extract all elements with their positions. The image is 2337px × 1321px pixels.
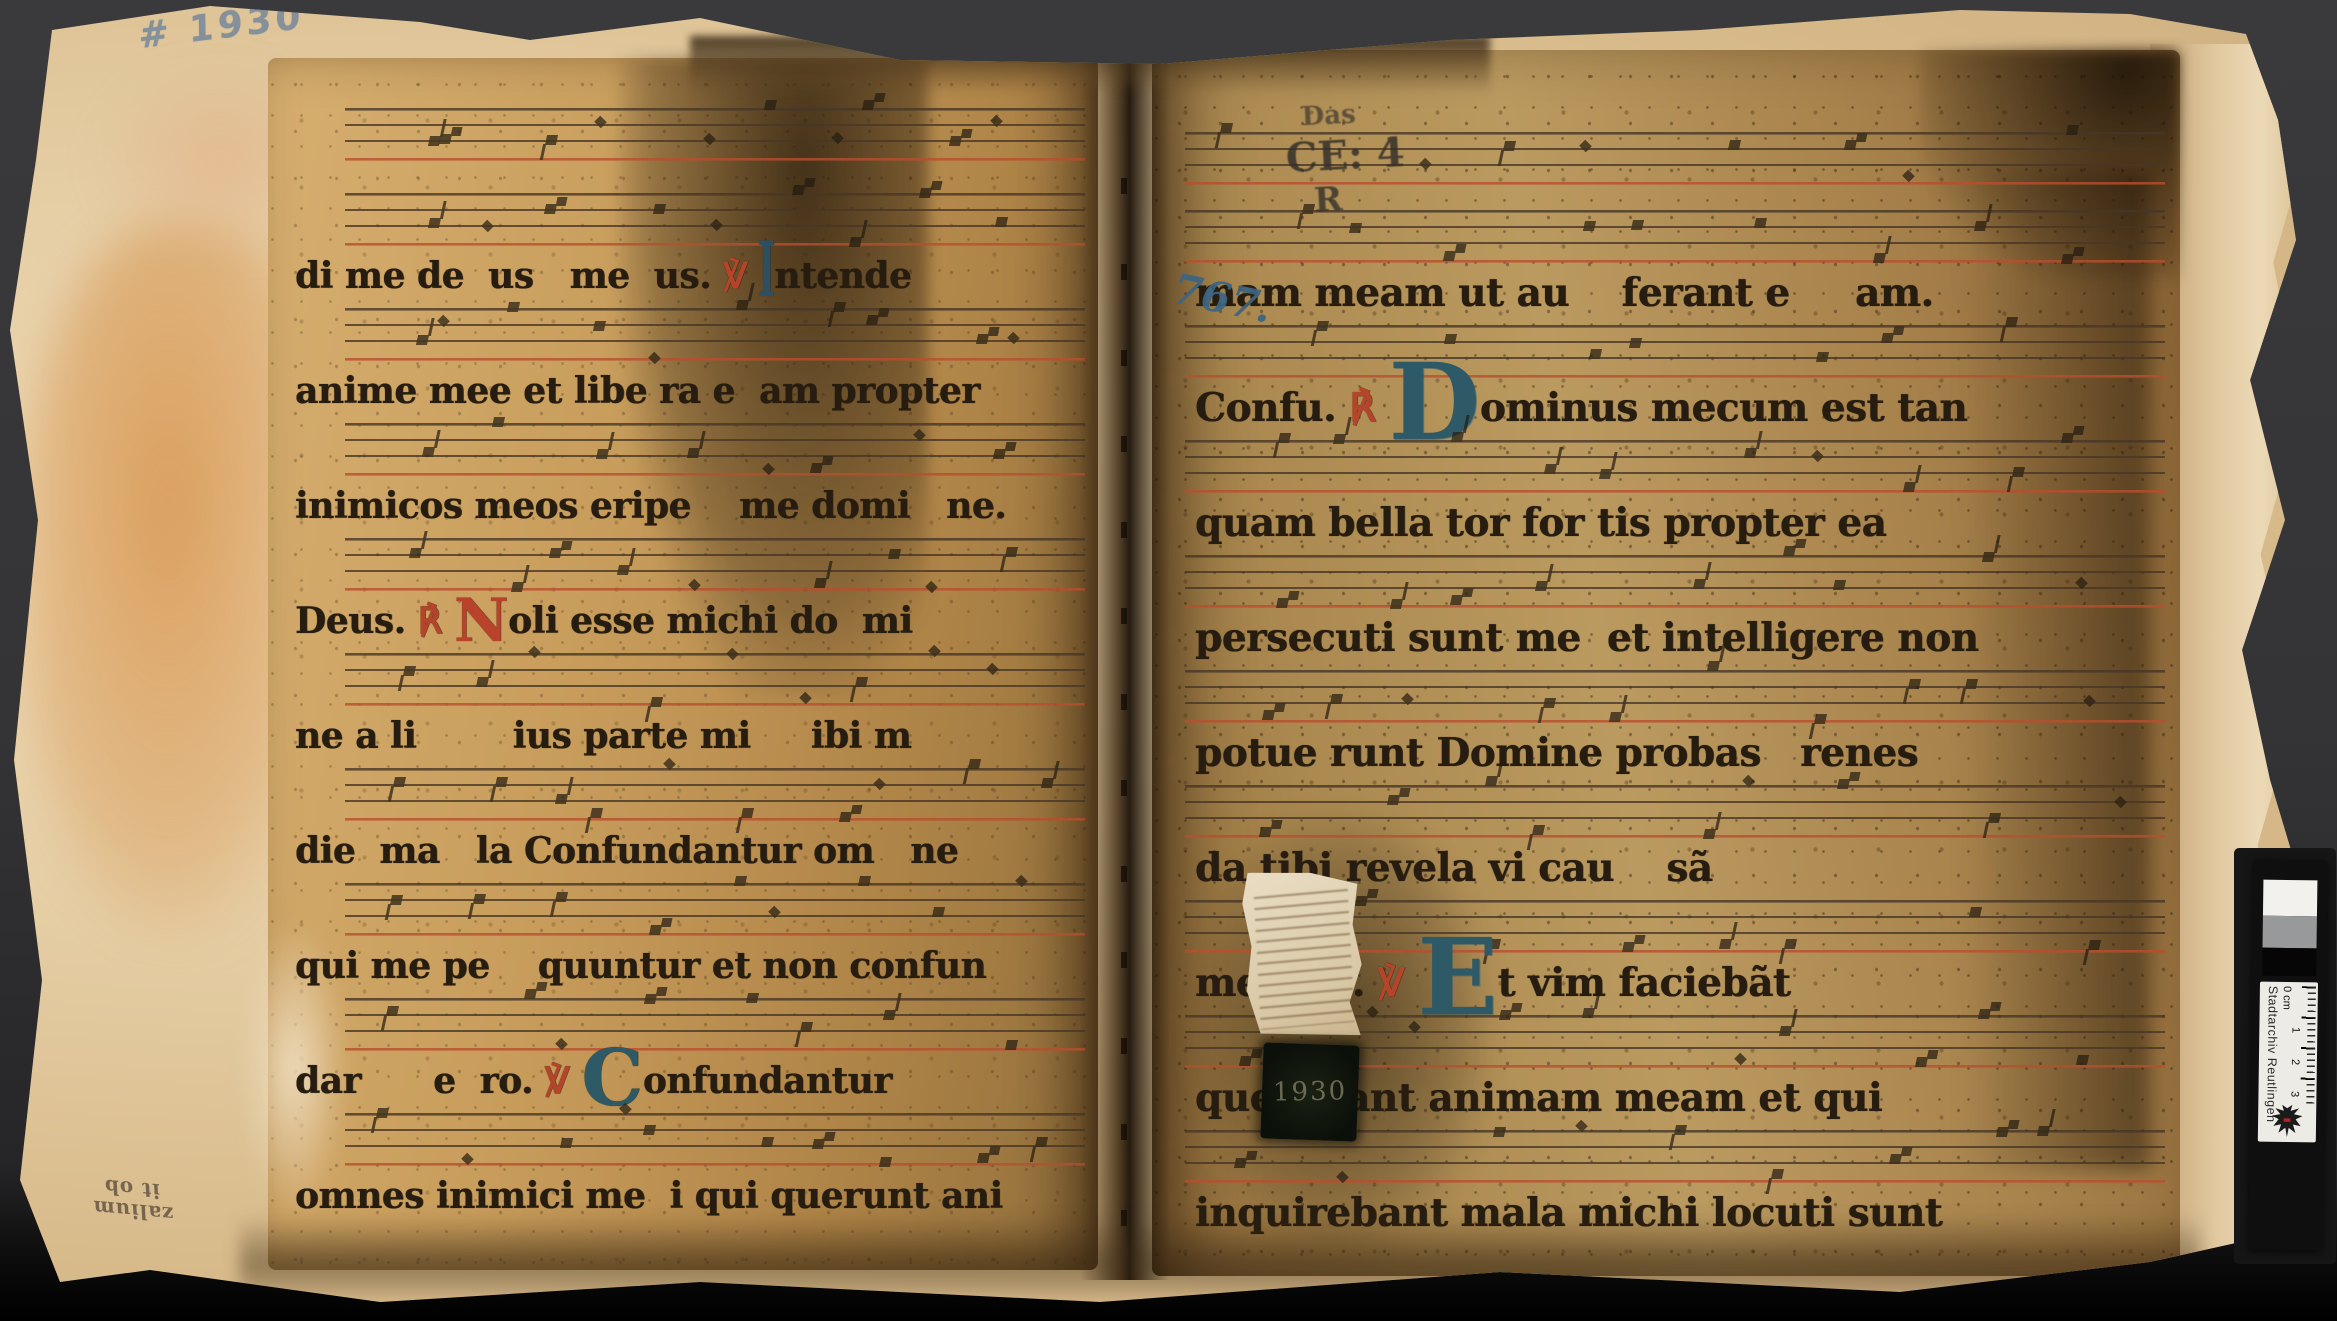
music-stave bbox=[1185, 664, 2165, 728]
neume-mark bbox=[1005, 547, 1018, 557]
neume-mark bbox=[1629, 338, 1642, 348]
neume-mark bbox=[403, 666, 416, 676]
neume-mark bbox=[1707, 661, 1720, 671]
text-segment: quam bella tor for tis propter ea bbox=[1195, 500, 1886, 546]
neume-mark bbox=[866, 315, 879, 325]
neume-mark bbox=[986, 663, 999, 676]
neume-mark bbox=[1608, 712, 1621, 722]
neume-mark bbox=[2087, 940, 2100, 950]
neume-mark bbox=[1544, 464, 1557, 474]
neume-mark bbox=[1844, 140, 1857, 150]
neume-mark bbox=[703, 133, 716, 146]
neume-mark bbox=[1693, 579, 1706, 589]
neume-mark bbox=[393, 777, 406, 787]
chant-text-line: inimicos meos eripe me domi ne. bbox=[295, 479, 1091, 537]
neume-mark bbox=[1978, 1009, 1991, 1019]
shelfmark-main: CE: 4 bbox=[1285, 129, 1406, 182]
neume-mark bbox=[1881, 333, 1894, 343]
stamp-1930: 1930 bbox=[1260, 1042, 1359, 1141]
neume-mark bbox=[1811, 450, 1824, 463]
music-stave bbox=[345, 187, 1085, 251]
neume-mark bbox=[768, 906, 781, 919]
neume-mark bbox=[932, 907, 945, 917]
neume-mark bbox=[792, 185, 805, 195]
neume-mark bbox=[833, 302, 846, 312]
text-segment: inimicos meos eripe me domi ne. bbox=[295, 485, 1006, 527]
neume-mark bbox=[1503, 141, 1516, 151]
grayscale-patch-black bbox=[2262, 948, 2316, 977]
neume-mark bbox=[1719, 939, 1732, 949]
text-segment: onfundantur bbox=[643, 1060, 892, 1102]
cover-top-fold bbox=[690, 36, 1490, 94]
neume-mark bbox=[1915, 1057, 1928, 1067]
neume-mark bbox=[1889, 1154, 1902, 1164]
chant-text-line: quam bella tor for tis propter ea bbox=[1195, 496, 2171, 554]
neume-mark bbox=[1041, 778, 1054, 788]
neume-mark bbox=[650, 697, 663, 707]
neume-mark bbox=[1996, 1127, 2009, 1137]
neume-mark bbox=[1408, 1021, 1421, 1034]
text-segment: dar e ro. bbox=[295, 1060, 545, 1102]
neume-mark bbox=[1873, 253, 1886, 263]
neume-mark bbox=[949, 136, 962, 146]
neume-mark bbox=[1401, 693, 1414, 706]
neume-mark bbox=[1390, 599, 1403, 609]
text-segment: potue runt Domine probas renes bbox=[1195, 730, 1918, 776]
text-segment: ℣ bbox=[723, 255, 759, 297]
neume-mark bbox=[1982, 552, 1995, 562]
neume-mark bbox=[1443, 251, 1456, 261]
neume-mark bbox=[762, 463, 775, 476]
music-system: die ma la Confundantur om ne bbox=[345, 762, 1085, 882]
music-stave bbox=[1185, 549, 2165, 613]
chant-text-line: potue runt Domine probas renes bbox=[1195, 726, 2171, 784]
neume-mark bbox=[726, 648, 739, 661]
shelfmark-block: Das CE: 4 R bbox=[1283, 97, 1408, 222]
music-stave bbox=[345, 302, 1085, 366]
neume-mark bbox=[560, 1138, 573, 1148]
music-stave bbox=[345, 877, 1085, 941]
text-segment: t vim faciebãt bbox=[1498, 960, 1791, 1006]
music-system: mam meam ut au ferant e am. bbox=[1185, 204, 2165, 324]
chant-text-line: die ma la Confundantur om ne bbox=[295, 824, 1091, 882]
music-system: omnes inimici me i qui querunt ani bbox=[345, 1107, 1085, 1227]
ruler-label-2: 2 bbox=[2289, 1059, 2301, 1065]
shelfmark-letter: R bbox=[1313, 176, 1408, 221]
neume-mark bbox=[476, 677, 489, 687]
text-segment: ℣ bbox=[545, 1060, 581, 1102]
chant-text-line: dar e ro. ℣ Confundantur bbox=[295, 1054, 1091, 1112]
neume-mark bbox=[1349, 223, 1362, 233]
neume-mark bbox=[734, 876, 747, 886]
music-system: ne a li ius parte mi ibi m bbox=[345, 647, 1085, 767]
neume-mark bbox=[746, 993, 759, 1003]
music-system: Confu. ℟ Dominus mecum est tan bbox=[1185, 319, 2165, 439]
neume-mark bbox=[913, 429, 926, 442]
neume-mark bbox=[2075, 577, 2088, 590]
neume-mark bbox=[1816, 352, 1829, 362]
neume-mark bbox=[839, 812, 852, 822]
ruler-label-zero: 0 cm bbox=[2281, 986, 2293, 1010]
neume-mark bbox=[991, 115, 1004, 128]
neume-mark bbox=[511, 582, 524, 592]
chant-text-line: mam meam ut au ferant e am. bbox=[1195, 266, 2171, 324]
ruler-ticks bbox=[2298, 986, 2316, 1104]
neume-mark bbox=[422, 447, 435, 457]
text-segment: ntende bbox=[774, 255, 911, 297]
neume-mark bbox=[1589, 349, 1602, 359]
neume-mark bbox=[593, 321, 606, 331]
chant-text-line: di me de us me us. ℣ Intende bbox=[295, 249, 1091, 307]
neume-mark bbox=[1969, 907, 1982, 917]
neume-mark bbox=[1419, 158, 1432, 171]
music-system: Deus. ℟ Noli esse michi do mi bbox=[345, 532, 1085, 652]
neume-mark bbox=[764, 100, 777, 110]
chant-text-line: anime mee et libe ra e am propter bbox=[295, 364, 1091, 422]
neume-mark bbox=[1355, 896, 1368, 906]
bottom-smudge bbox=[240, 1215, 2200, 1295]
neume-mark bbox=[888, 549, 901, 559]
neume-mark bbox=[481, 220, 494, 233]
music-system: potue runt Domine probas renes bbox=[1185, 664, 2165, 784]
neume-mark bbox=[1336, 1171, 1349, 1184]
neume-mark bbox=[1582, 1008, 1595, 1018]
text-segment: ℟ bbox=[1349, 385, 1388, 431]
music-system: quam bella tor for tis propter ea bbox=[1185, 434, 2165, 554]
neume-mark bbox=[376, 1108, 389, 1118]
neume-mark bbox=[1703, 829, 1716, 839]
grayscale-patch-gray bbox=[2262, 916, 2316, 949]
neume-mark bbox=[473, 894, 486, 904]
chant-text-line: Confu. ℟ Dominus mecum est tan bbox=[1195, 381, 2171, 439]
neume-mark bbox=[1451, 432, 1464, 442]
neume-mark bbox=[741, 808, 754, 818]
scale-card: Stadtarchiv Reutlingen 0 cm 1 2 3 bbox=[2258, 982, 2318, 1143]
neume-mark bbox=[883, 1010, 896, 1020]
neume-mark bbox=[2065, 125, 2078, 135]
neume-mark bbox=[1278, 433, 1291, 443]
neume-mark bbox=[1534, 581, 1547, 591]
neume-mark bbox=[1754, 218, 1767, 228]
neume-mark bbox=[928, 645, 941, 658]
text-segment: Deus. bbox=[295, 600, 418, 642]
neume-mark bbox=[1005, 1040, 1018, 1050]
neume-mark bbox=[1902, 170, 1915, 183]
neume-mark bbox=[1234, 1158, 1247, 1168]
neume-mark bbox=[995, 217, 1008, 227]
music-stave bbox=[345, 417, 1085, 481]
neume-mark bbox=[1583, 221, 1596, 231]
left-page: di me de us me us. ℣ Intende anime mee e… bbox=[268, 58, 1098, 1270]
grayscale-patch-white bbox=[2263, 880, 2317, 917]
chant-text-line: qui me pe quuntur et non confun bbox=[295, 939, 1091, 997]
neume-mark bbox=[1784, 939, 1797, 949]
neume-mark bbox=[1734, 1053, 1747, 1066]
neume-mark bbox=[1316, 321, 1329, 331]
neume-mark bbox=[1259, 827, 1272, 837]
neume-mark bbox=[2037, 1126, 2050, 1136]
music-stave bbox=[345, 762, 1085, 826]
text-segment: qui me pe quuntur et non confun bbox=[295, 945, 986, 987]
text-segment: anime mee et libe ra e am propter bbox=[295, 370, 980, 412]
neume-mark bbox=[1631, 220, 1644, 230]
neume-mark bbox=[617, 565, 630, 575]
neume-mark bbox=[1262, 710, 1275, 720]
neume-mark bbox=[687, 448, 700, 458]
scrap-handwriting bbox=[1253, 880, 1354, 1030]
text-segment: ℟ bbox=[418, 600, 454, 642]
neume-mark bbox=[1493, 1127, 1506, 1137]
text-segment: ominus mecum est tan bbox=[1480, 385, 1967, 431]
neume-mark bbox=[643, 1125, 656, 1135]
neume-mark bbox=[919, 188, 932, 198]
text-segment: ne a li ius parte mi ibi m bbox=[295, 715, 911, 757]
neume-mark bbox=[596, 449, 609, 459]
neume-mark bbox=[590, 808, 603, 818]
neume-mark bbox=[390, 895, 403, 905]
neume-mark bbox=[2005, 317, 2018, 327]
neume-mark bbox=[439, 134, 452, 144]
neume-mark bbox=[1908, 679, 1921, 689]
neume-mark bbox=[555, 794, 568, 804]
ruler-label-1: 1 bbox=[2289, 1027, 2301, 1033]
text-segment: mam meam ut au ferant e am. bbox=[1195, 270, 1934, 316]
neume-mark bbox=[849, 237, 862, 247]
neume-mark bbox=[492, 417, 505, 427]
neume-mark bbox=[1988, 813, 2001, 823]
neume-mark bbox=[1035, 1137, 1048, 1147]
neume-mark bbox=[710, 219, 723, 232]
neume-mark bbox=[544, 204, 557, 214]
scale-bar: Stadtarchiv Reutlingen 0 cm 1 2 3 bbox=[2248, 860, 2327, 1251]
parchment: di me de us me us. ℣ Intende anime mee e… bbox=[0, 0, 2337, 1321]
neume-mark bbox=[1965, 679, 1978, 689]
neume-mark bbox=[409, 548, 422, 558]
music-stave bbox=[345, 1107, 1085, 1171]
neume-mark bbox=[1674, 1125, 1687, 1135]
neume-mark bbox=[1542, 698, 1555, 708]
stamp-number: 1930 bbox=[1273, 1076, 1348, 1107]
neume-mark bbox=[993, 449, 1006, 459]
neume-mark bbox=[1485, 776, 1498, 786]
ruler-label-3: 3 bbox=[2288, 1091, 2300, 1097]
paper-scrap bbox=[1241, 867, 1366, 1041]
neume-mark bbox=[855, 677, 868, 687]
neume-mark bbox=[2083, 695, 2096, 708]
music-system: di me de us me us. ℣ Intende bbox=[345, 187, 1085, 307]
neume-mark bbox=[736, 300, 749, 310]
offset-text: zalium it ob bbox=[91, 1174, 174, 1225]
shelfmark-top: Das bbox=[1301, 97, 1403, 132]
neume-mark bbox=[977, 1153, 990, 1163]
neume-mark bbox=[858, 876, 871, 886]
neume-mark bbox=[437, 315, 450, 328]
neume-mark bbox=[595, 116, 608, 129]
text-segment: omnes inimici me i qui querunt ani bbox=[295, 1175, 1003, 1217]
neume-mark bbox=[555, 1038, 568, 1051]
neume-mark bbox=[649, 925, 662, 935]
text-segment: Confu. bbox=[1195, 385, 1349, 431]
music-stave bbox=[1185, 779, 2165, 843]
neume-mark bbox=[799, 692, 812, 705]
neume-mark bbox=[1330, 694, 1343, 704]
neume-mark bbox=[416, 335, 429, 345]
music-stave bbox=[345, 102, 1085, 166]
neume-mark bbox=[1771, 1169, 1784, 1179]
music-system: anime mee et libe ra e am propter bbox=[345, 302, 1085, 422]
neume-mark bbox=[1833, 580, 1846, 590]
neume-mark bbox=[968, 759, 981, 769]
neume-mark bbox=[831, 132, 844, 145]
neume-mark bbox=[2061, 433, 2074, 443]
neume-mark bbox=[545, 135, 558, 145]
neume-mark bbox=[1783, 546, 1796, 556]
neume-mark bbox=[1333, 434, 1346, 444]
chant-text-line: persecuti sunt me et intelligere non bbox=[1195, 611, 2171, 669]
music-system: qui me pe quuntur et non confun bbox=[345, 877, 1085, 997]
neume-mark bbox=[1599, 469, 1612, 479]
neume-mark bbox=[1744, 448, 1757, 458]
manuscript-photo: di me de us me us. ℣ Intende anime mee e… bbox=[0, 0, 2337, 1321]
neume-mark bbox=[1239, 1056, 1252, 1066]
neume-mark bbox=[1580, 140, 1593, 153]
neume-mark bbox=[549, 548, 562, 558]
music-system: inimicos meos eripe me domi ne. bbox=[345, 417, 1085, 537]
neume-mark bbox=[648, 352, 661, 365]
neume-mark bbox=[1778, 1026, 1791, 1036]
neume-mark bbox=[1450, 595, 1463, 605]
gutter-fold bbox=[1080, 48, 1170, 1280]
neume-mark bbox=[495, 777, 508, 787]
binding-stitches bbox=[1121, 108, 1127, 1240]
neume-mark bbox=[2012, 467, 2025, 477]
neume-mark bbox=[524, 989, 537, 999]
text-segment: di me de us me us. bbox=[295, 255, 723, 297]
neume-mark bbox=[1837, 779, 1850, 789]
neume-mark bbox=[644, 994, 657, 1004]
neume-mark bbox=[1016, 875, 1029, 888]
neume-mark bbox=[810, 463, 823, 473]
eagle-emblem-icon bbox=[2269, 1104, 2305, 1138]
text-segment: persecuti sunt me et intelligere non bbox=[1195, 615, 1979, 661]
neume-mark bbox=[386, 1006, 399, 1016]
music-stave bbox=[345, 992, 1085, 1056]
neume-mark bbox=[1220, 123, 1233, 133]
neume-mark bbox=[1387, 795, 1400, 805]
neume-mark bbox=[1903, 482, 1916, 492]
neume-mark bbox=[2114, 796, 2127, 809]
music-stave bbox=[345, 647, 1085, 711]
neume-mark bbox=[814, 578, 827, 588]
neume-mark bbox=[976, 334, 989, 344]
text-segment: ℣ bbox=[1378, 960, 1417, 1006]
neume-mark bbox=[461, 1153, 474, 1166]
neume-mark bbox=[2075, 1055, 2088, 1065]
neume-mark bbox=[1532, 825, 1545, 835]
neume-mark bbox=[1728, 140, 1741, 150]
neume-mark bbox=[1622, 942, 1635, 952]
neume-mark bbox=[761, 1137, 774, 1147]
neume-mark bbox=[926, 581, 939, 594]
neume-mark bbox=[1974, 221, 1987, 231]
music-system: persecuti sunt me et intelligere non bbox=[1185, 549, 2165, 669]
neume-mark bbox=[688, 579, 701, 592]
music-stave bbox=[1185, 319, 2165, 383]
neume-mark bbox=[862, 100, 875, 110]
chant-text-line: Deus. ℟ Noli esse michi do mi bbox=[295, 594, 1091, 652]
neume-mark bbox=[879, 1157, 892, 1167]
neume-mark bbox=[2061, 254, 2074, 264]
neume-mark bbox=[507, 302, 520, 312]
neume-mark bbox=[653, 204, 666, 214]
text-segment: die ma la Confundantur om ne bbox=[295, 830, 958, 872]
music-system: dar e ro. ℣ Confundantur bbox=[345, 992, 1085, 1112]
neume-mark bbox=[1814, 714, 1827, 724]
neume-mark bbox=[812, 1139, 825, 1149]
neume-mark bbox=[555, 892, 568, 902]
neume-mark bbox=[1499, 1010, 1512, 1020]
text-segment: N bbox=[454, 586, 508, 656]
neume-mark bbox=[874, 778, 887, 791]
neume-mark bbox=[428, 218, 441, 228]
neume-mark bbox=[800, 1022, 813, 1032]
neume-mark bbox=[1007, 332, 1020, 345]
music-stave bbox=[1185, 434, 2165, 498]
neume-mark bbox=[1276, 598, 1289, 608]
neume-mark bbox=[528, 646, 541, 659]
text-segment: oli esse michi do mi bbox=[508, 600, 912, 642]
